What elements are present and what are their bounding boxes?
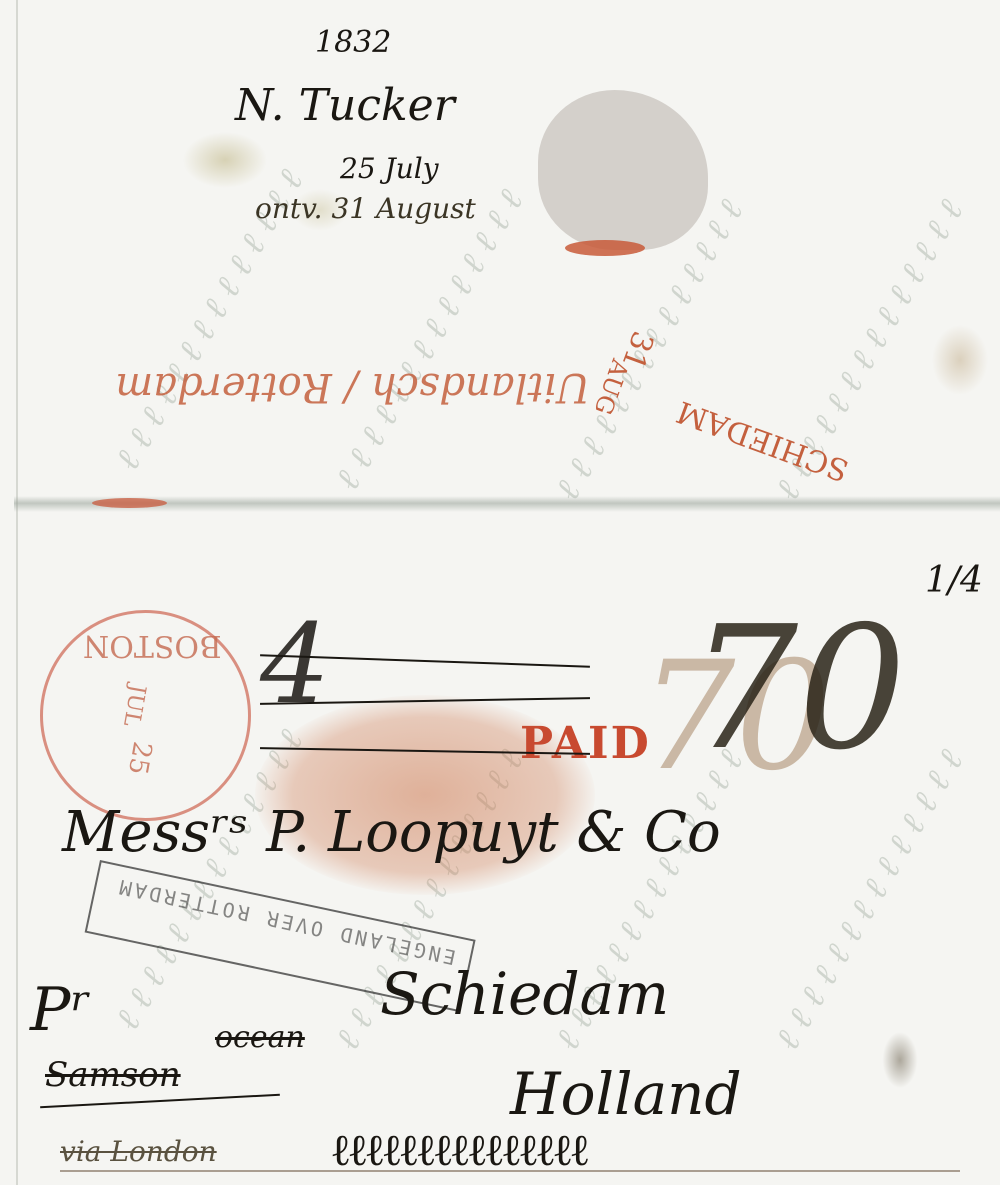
boston-postmark-text: BOSTON bbox=[83, 628, 222, 663]
routing-underline bbox=[40, 1094, 280, 1109]
routing-per: Pʳ bbox=[30, 975, 91, 1045]
address-flourish: ℓℓℓℓℓℓℓℓℓℓℓℓℓℓℓ bbox=[330, 1125, 586, 1176]
letter-sheet: ℓ ℓ ℓ ℓ ℓ ℓ ℓ ℓ ℓ ℓ ℓ ℓ ℓ ℓ ℓ ℓ ℓ ℓ ℓ ℓ … bbox=[0, 0, 1000, 1185]
address-country: Holland bbox=[510, 1060, 742, 1128]
schiedam-postmark-month: AUG bbox=[589, 356, 635, 419]
docket-sender: N. Tucker bbox=[235, 80, 455, 131]
boston-postmark-day: 25 bbox=[122, 739, 157, 777]
boston-postmark: BOSTON JUL 25 bbox=[40, 610, 251, 821]
bottom-rule bbox=[60, 1170, 960, 1172]
routing-ship-name: Samson bbox=[45, 1055, 181, 1095]
routing-struck-word: ocean bbox=[215, 1020, 305, 1055]
routing-via: via London bbox=[60, 1135, 217, 1168]
boston-postmark-month: JUL bbox=[118, 683, 150, 729]
rate-mark-quarter: 1/4 bbox=[925, 560, 983, 601]
docket-year: 1832 bbox=[315, 25, 391, 60]
address-city: Schiedam bbox=[380, 960, 669, 1028]
rate-mark-struck: 4 bbox=[260, 600, 330, 728]
transit-handstamp: Uitlandsch / Rotterdam bbox=[115, 364, 590, 410]
rate-mark-large: 70 bbox=[690, 590, 906, 788]
docket-date-received: ontv. 31 August bbox=[255, 192, 476, 225]
wax-seal-edge bbox=[565, 240, 645, 256]
wax-seal-remnant bbox=[538, 90, 708, 250]
paid-stamp-text: PAID bbox=[520, 718, 651, 769]
schiedam-postmark-text: SCHIEDAM bbox=[672, 393, 853, 487]
fold-red-mark bbox=[92, 498, 167, 508]
paper-edge bbox=[16, 0, 18, 1185]
docket-date-written: 25 July bbox=[340, 152, 439, 185]
address-addressee: Messʳˢ P. Loopuyt & Co bbox=[62, 800, 721, 865]
schiedam-postmark: SCHIEDAM 31 AUG bbox=[520, 270, 726, 476]
